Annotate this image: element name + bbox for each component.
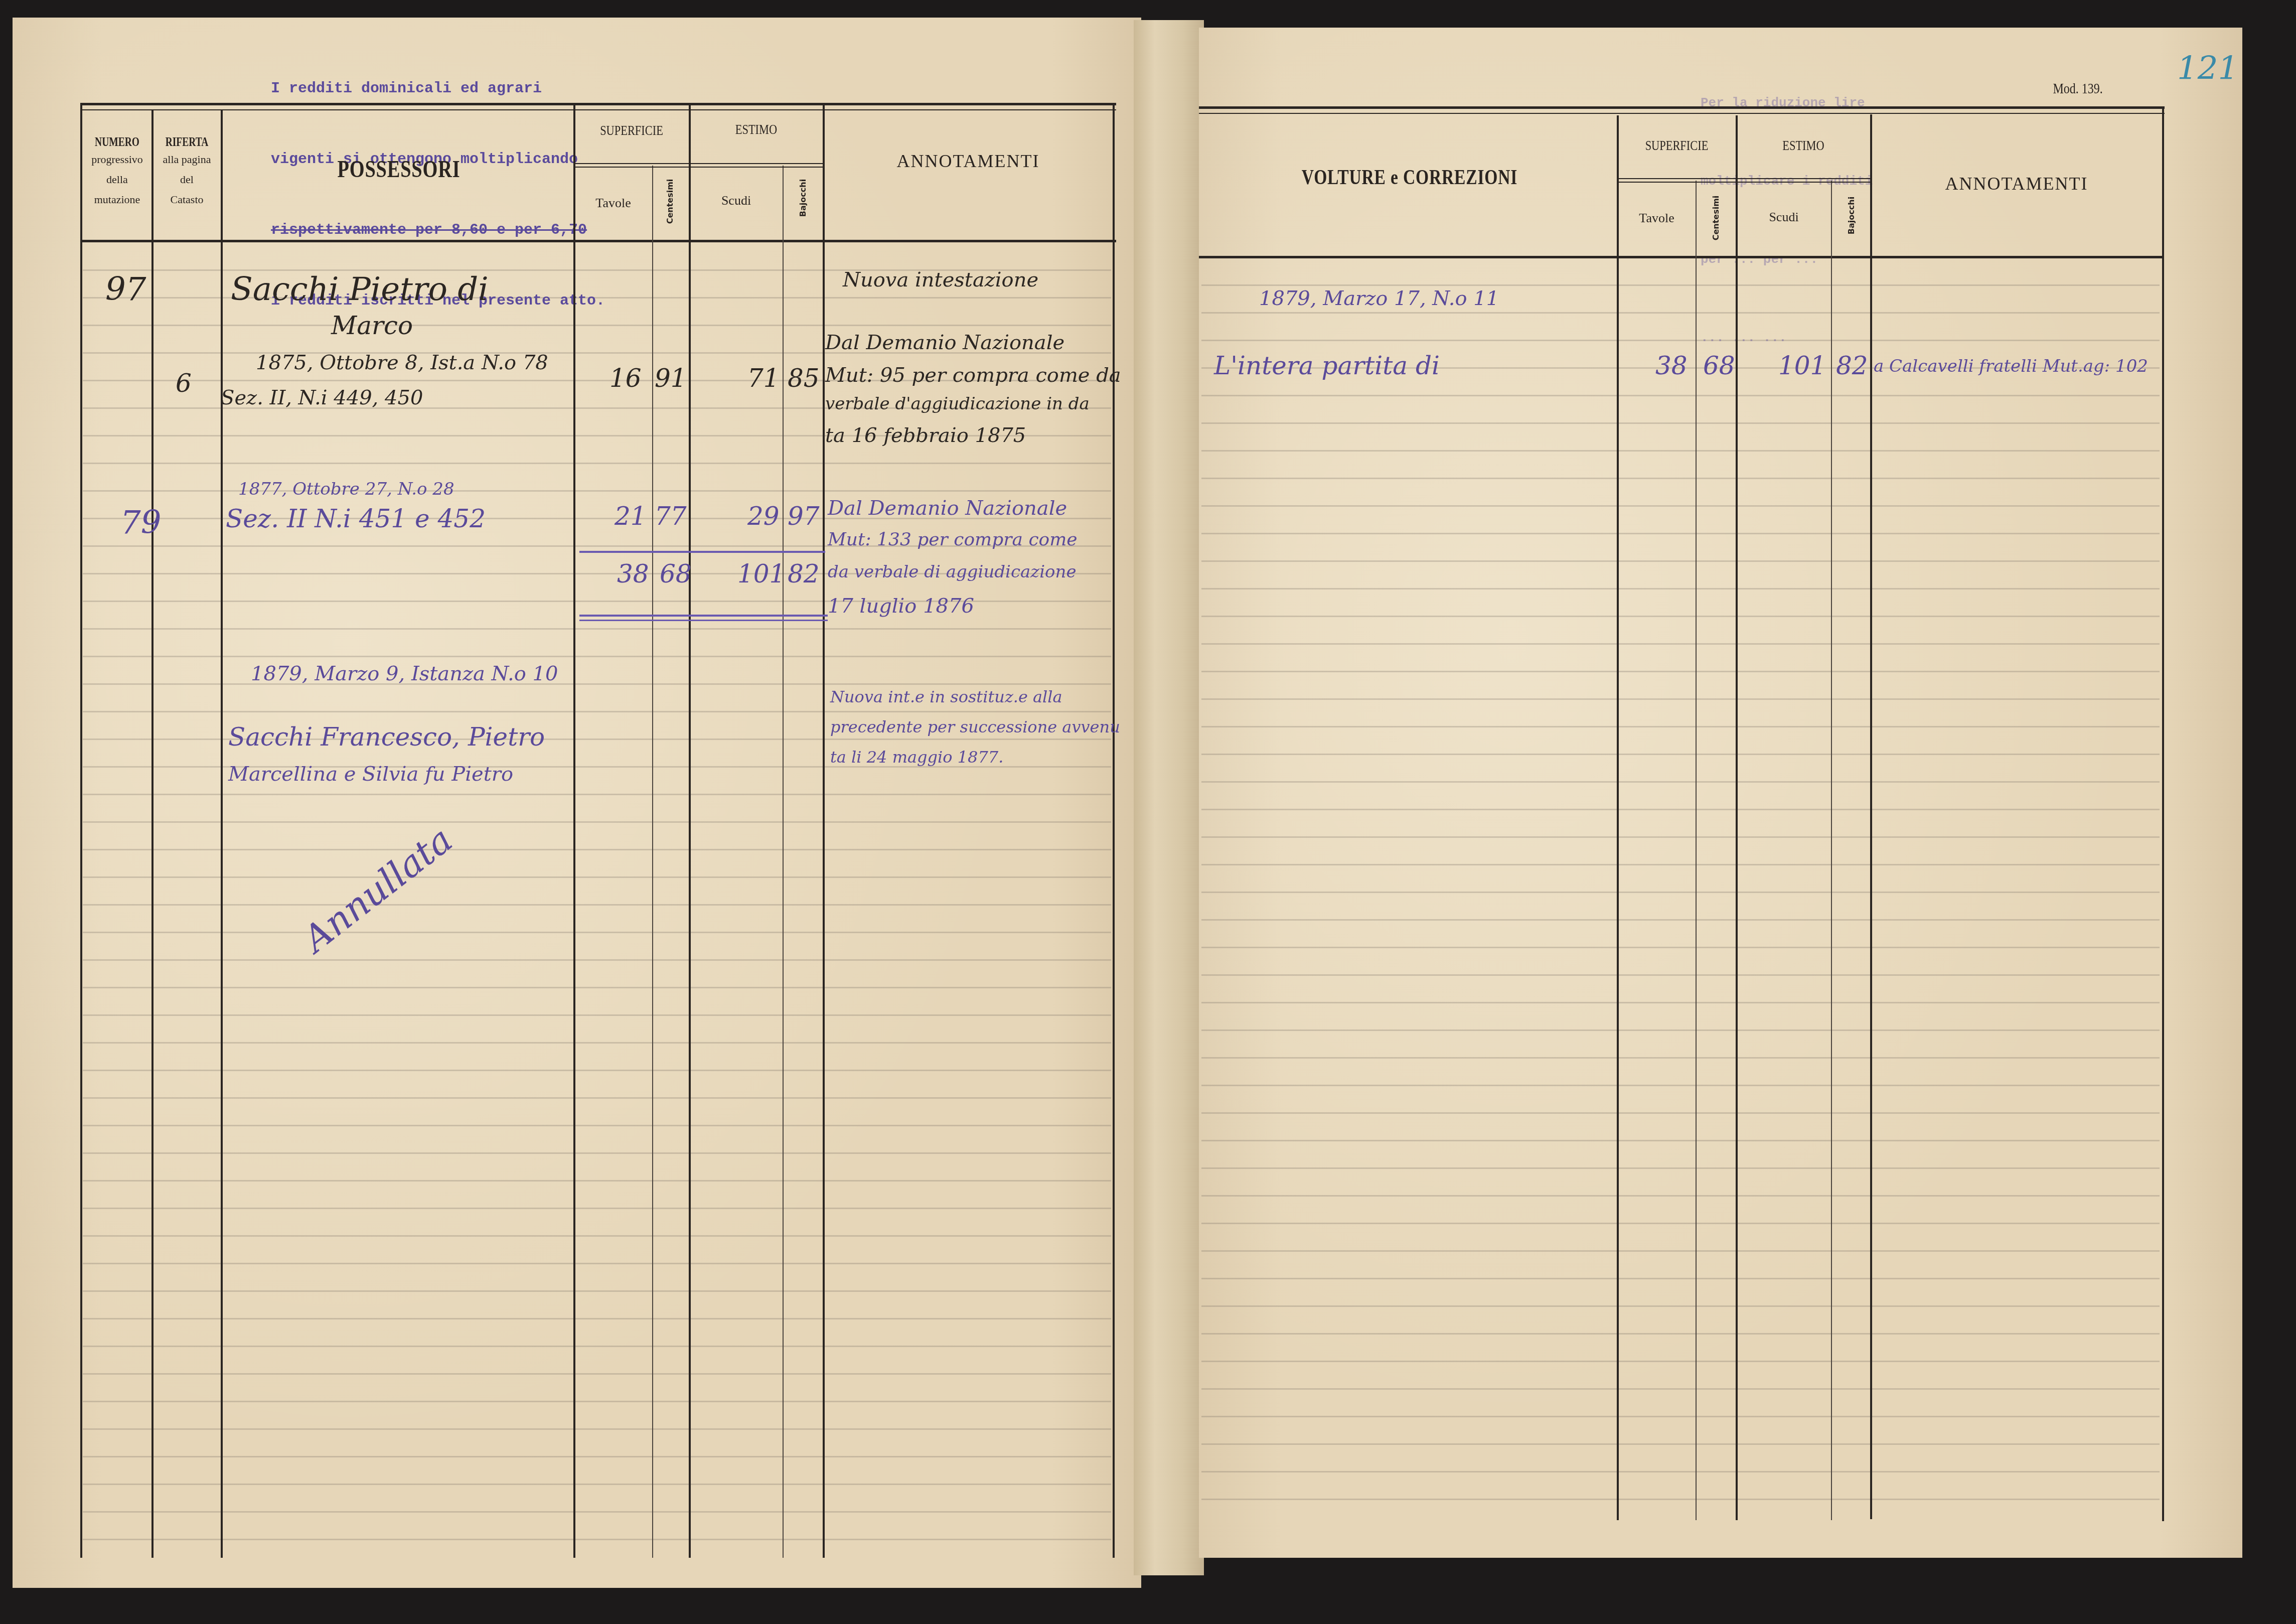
page-number: 121	[2177, 50, 2238, 87]
entry-annotation: ta 16 febbraio 1875	[825, 424, 1026, 447]
header-estimo: ESTIMO	[703, 122, 810, 138]
total-double-line	[579, 620, 828, 621]
right-table-top-border-inner	[1199, 113, 2165, 114]
header-volture-correzioni: VOLTURE e CORREZIONI	[1243, 166, 1576, 190]
col-divider	[783, 166, 784, 1558]
entry-annotation: Mut: 95 per compra come da	[825, 364, 1121, 387]
header-numero: NUMERO progressivo della mutazione	[83, 134, 151, 210]
subheader-divider	[574, 167, 823, 168]
right-ruled-lines	[1201, 258, 2160, 1523]
entry-annotation: Nuova int.e in sostituz.e alla	[830, 687, 1062, 706]
header-numero-sub: progressivo	[83, 150, 151, 170]
col-divider	[1831, 181, 1832, 1520]
total-scudi: 101	[737, 559, 785, 588]
entry-numero: 79	[120, 504, 161, 541]
col-divider	[689, 105, 691, 1558]
col-divider	[1696, 181, 1697, 1520]
entry-numero: 97	[105, 271, 146, 308]
header-bajocchi: Bajocchi	[1847, 191, 1856, 241]
left-table-top-border-inner	[80, 109, 1116, 110]
left-border	[80, 103, 82, 1558]
header-centesimi: Centesimi	[665, 177, 675, 227]
entry-annotation: verbale d'aggiudicazione in da	[825, 394, 1090, 414]
entry-annotation: ta li 24 maggio 1877.	[830, 748, 1003, 767]
total-double-line	[579, 615, 828, 617]
subheader-divider	[1618, 182, 1870, 183]
volture-scudi: 101	[1778, 351, 1826, 380]
left-header-bottom-border	[80, 240, 1116, 242]
left-table-top-border	[80, 103, 1116, 105]
entry-tavole: 21	[615, 502, 647, 531]
header-numero-title: NUMERO	[91, 134, 143, 150]
header-riferta-sub: Catasto	[153, 190, 221, 210]
col-divider	[221, 110, 223, 1558]
total-centesimi: 68	[660, 559, 692, 588]
model-number: Mod. 139.	[2053, 80, 2102, 97]
entry-annotation: da verbale di aggiudicazione	[828, 562, 1077, 582]
header-estimo: ESTIMO	[1750, 138, 1857, 154]
entry-bajocchi: 97	[788, 502, 820, 531]
right-border	[1113, 103, 1115, 1558]
header-bajocchi: Bajocchi	[798, 173, 808, 223]
header-numero-sub: mutazione	[83, 190, 151, 210]
entry-scudi: 71	[747, 364, 780, 393]
subheader-divider	[574, 163, 823, 164]
entry-bajocchi: 85	[788, 364, 820, 393]
header-annotamenti: ANNOTAMENTI	[825, 151, 1111, 172]
volture-tavole: 38	[1655, 351, 1688, 380]
right-header-bottom-border	[1199, 256, 2162, 258]
header-superficie: SUPERFICIE	[586, 123, 677, 139]
header-centesimi: Centesimi	[1711, 193, 1721, 243]
stamp-line: I redditi dominicali ed agrari	[271, 77, 605, 101]
faded-stamp-line: ... ... ...	[1701, 325, 1873, 351]
entry-centesimi: 77	[655, 502, 687, 531]
stamp-line: rispettivamente per 8,60 e per 6,70	[271, 219, 605, 242]
entry-possessore-line: 1875, Ottobre 8, Ist.a N.o 78	[256, 351, 548, 374]
right-border	[2162, 106, 2164, 1521]
entry-annotation: Dal Demanio Nazionale	[828, 497, 1067, 520]
col-divider	[1736, 115, 1738, 1520]
header-riferta: RIFERTA alla pagina del Catasto	[153, 134, 221, 210]
entry-possessore-name: Sacchi Pietro di	[231, 271, 489, 308]
col-divider	[1617, 115, 1619, 1520]
right-table-top-border	[1199, 106, 2165, 109]
header-riferta-title: RIFERTA	[162, 134, 212, 150]
header-possessori: POSSESSORI	[258, 156, 539, 183]
volture-entry-line: 1879, Marzo 17, N.o 11	[1259, 287, 1499, 310]
total-bajocchi: 82	[788, 559, 820, 588]
entry-annotation: precedente per successione avvenu	[830, 717, 1120, 736]
header-tavole: Tavole	[574, 196, 652, 211]
entry-annotation: Mut: 133 per compra come	[828, 529, 1078, 550]
entry-riferta: 6	[176, 369, 192, 398]
entry-possessore-line: Sez. II N.i 451 e 452	[226, 504, 486, 533]
header-superficie: SUPERFICIE	[1630, 138, 1724, 154]
faded-stamp-line: per ... per ...	[1701, 246, 1873, 272]
col-divider	[1870, 114, 1872, 1519]
header-riferta-sub: del	[153, 170, 221, 190]
volture-annotation: a Calcavelli fratelli Mut.ag: 102	[1874, 356, 2148, 376]
subtotal-line	[579, 551, 825, 553]
total-tavole: 38	[617, 559, 649, 588]
col-divider	[823, 105, 825, 1558]
header-scudi: Scudi	[1737, 210, 1831, 225]
entry-annotation: 17 luglio 1876	[828, 595, 974, 618]
col-divider	[573, 105, 575, 1558]
entry-possessore-line: Marco	[331, 311, 413, 340]
col-divider	[151, 110, 154, 1558]
volture-centesimi: 68	[1703, 351, 1735, 380]
col-divider	[652, 166, 653, 1558]
entry-scudi: 29	[747, 502, 780, 531]
header-numero-sub: della	[83, 170, 151, 190]
entry-centesimi: 91	[655, 364, 687, 393]
entry-possessore-line: Sez. II, N.i 449, 450	[221, 386, 423, 409]
entry-possessore-line: 1877, Ottobre 27, N.o 28	[238, 479, 454, 499]
entry-annotation: Nuova intestazione	[843, 268, 1038, 291]
entry-possessore-line: Marcellina e Silvia fu Pietro	[228, 763, 513, 786]
book-spine	[1134, 20, 1204, 1575]
entry-annotation: Dal Demanio Nazionale	[825, 331, 1064, 354]
volture-bajocchi: 82	[1836, 351, 1868, 380]
entry-possessore-name: Sacchi Francesco, Pietro	[228, 722, 545, 752]
entry-possessore-line: 1879, Marzo 9, Istanza N.o 10	[251, 662, 558, 685]
faded-stamp-line: Per la riduzione lire	[1701, 90, 1873, 116]
header-riferta-sub: alla pagina	[153, 150, 221, 170]
header-tavole: Tavole	[1618, 211, 1696, 226]
volture-entry-line: L'intera partita di	[1214, 351, 1440, 380]
header-scudi: Scudi	[690, 193, 783, 208]
entry-tavole: 16	[609, 364, 642, 393]
subheader-divider	[1618, 178, 1870, 179]
header-annotamenti: ANNOTAMENTI	[1871, 173, 2162, 194]
